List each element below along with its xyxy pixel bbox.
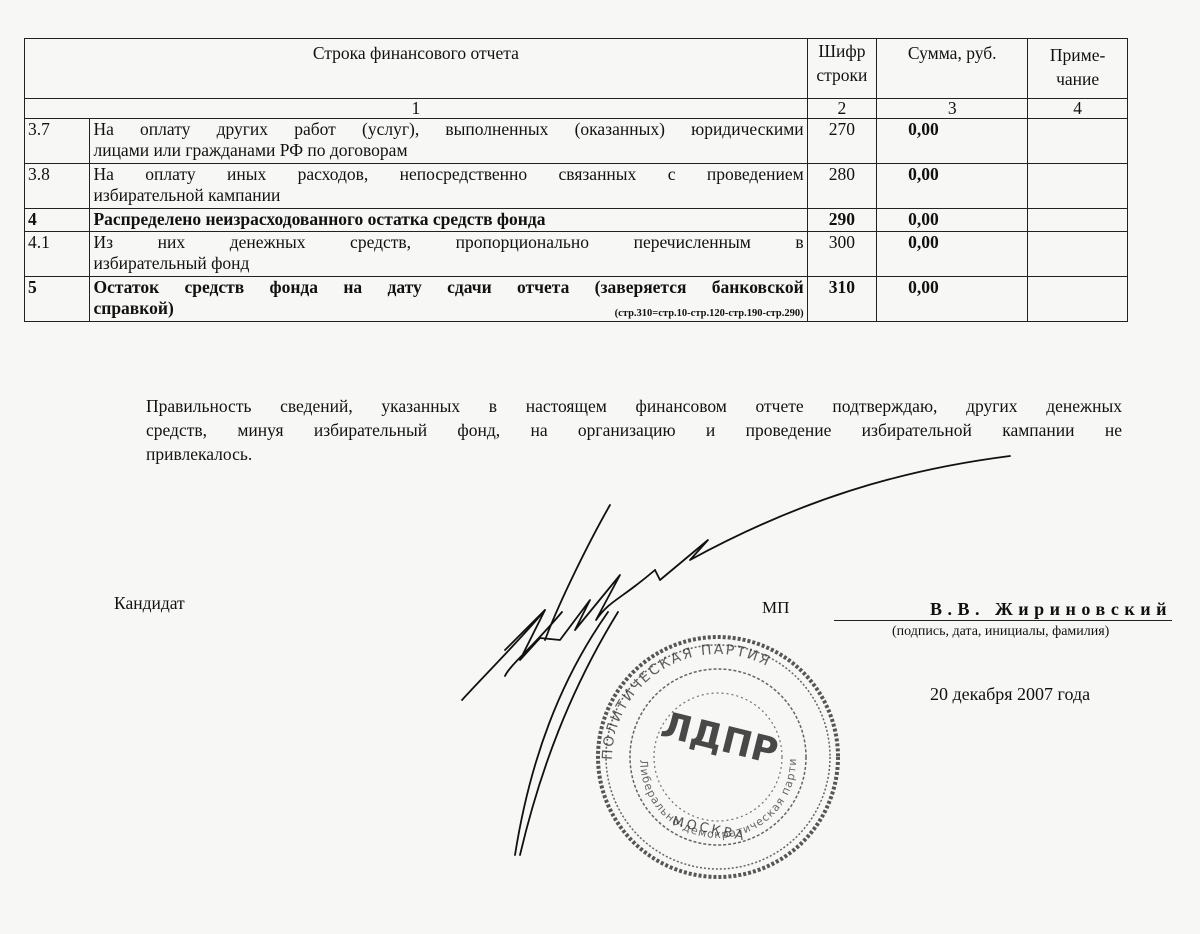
stamp-center-text: ЛДПР	[657, 705, 782, 773]
row-sum: 0,00	[877, 232, 1028, 277]
row-text-line: лицами или гражданами РФ по договорам	[93, 140, 407, 160]
row-text-line: Из них денежных средств, пропорционально…	[93, 232, 803, 253]
row-note	[1028, 119, 1128, 164]
table-row: 4 Распределено неизрасходованного остатк…	[25, 209, 1128, 232]
row-note	[1028, 232, 1128, 277]
row-text: На оплату других работ (услуг), выполнен…	[90, 119, 807, 164]
stamp-outer-text: ПОЛИТИЧЕСКАЯ ПАРТИЯ	[600, 642, 774, 760]
row-text-line: На оплату других работ (услуг), выполнен…	[93, 119, 803, 140]
attestation-paragraph: Правильность сведений, указанных в насто…	[146, 394, 1122, 466]
row-number: 3.8	[25, 164, 90, 209]
attestation-line: Правильность сведений, указанных в насто…	[146, 394, 1122, 418]
row-text-line: избирательный фонд	[93, 253, 249, 273]
row-code: 270	[807, 119, 877, 164]
row-text-line: справкой)	[93, 298, 173, 318]
candidate-name: В.В. Жириновский	[834, 598, 1172, 621]
row-sum: 0,00	[877, 277, 1028, 322]
attestation-line: средств, минуя избирательный фонд, на ор…	[146, 418, 1122, 442]
header-code: Шифр строки	[807, 39, 877, 99]
row-code: 290	[807, 209, 877, 232]
header-note-label: Приме- чание	[1043, 43, 1113, 91]
row-code: 310	[807, 277, 877, 322]
row-text: Из них денежных средств, пропорционально…	[90, 232, 807, 277]
table-row: 3.8 На оплату иных расходов, непосредств…	[25, 164, 1128, 209]
header-note: Приме- чание	[1028, 39, 1128, 99]
row-number: 3.7	[25, 119, 90, 164]
colnum-4: 4	[1028, 99, 1128, 119]
row-sum: 0,00	[877, 164, 1028, 209]
table-row: 5 Остаток средств фонда на дату сдачи от…	[25, 277, 1128, 322]
attestation-line: привлекалось.	[146, 442, 1122, 466]
row-code: 300	[807, 232, 877, 277]
row-formula: (стр.310=стр.10-стр.120-стр.190-стр.290)	[615, 308, 804, 320]
table-row: 4.1 Из них денежных средств, пропорциона…	[25, 232, 1128, 277]
row-number: 4.1	[25, 232, 90, 277]
row-code: 280	[807, 164, 877, 209]
header-line: Строка финансового отчета	[25, 39, 808, 99]
table-header-row: Строка финансового отчета Шифр строки Су…	[25, 39, 1128, 99]
row-text-line: избирательной кампании	[93, 185, 280, 205]
row-note	[1028, 164, 1128, 209]
row-number: 4	[25, 209, 90, 232]
seal-label: МП	[762, 598, 789, 618]
row-text: Распределено неизрасходованного остатка …	[90, 209, 807, 232]
row-note	[1028, 209, 1128, 232]
stamp-bottom-text: МОСКВА	[671, 814, 748, 844]
column-number-row: 1 2 3 4	[25, 99, 1128, 119]
row-note	[1028, 277, 1128, 322]
colnum-1: 1	[25, 99, 808, 119]
colnum-3: 3	[877, 99, 1028, 119]
row-sum: 0,00	[877, 119, 1028, 164]
row-number: 5	[25, 277, 90, 322]
colnum-2: 2	[807, 99, 877, 119]
stamp-rings	[598, 637, 838, 877]
header-code-label: Шифр строки	[812, 39, 872, 87]
financial-report-table: Строка финансового отчета Шифр строки Су…	[24, 38, 1128, 322]
row-text-line: Остаток средств фонда на дату сдачи отче…	[93, 277, 803, 298]
signature-caption: (подпись, дата, инициалы, фамилия)	[892, 624, 1109, 640]
row-text: На оплату иных расходов, непосредственно…	[90, 164, 807, 209]
row-text: Остаток средств фонда на дату сдачи отче…	[90, 277, 807, 322]
header-sum: Сумма, руб.	[877, 39, 1028, 99]
candidate-label: Кандидат	[114, 593, 185, 614]
row-sum: 0,00	[877, 209, 1028, 232]
signature-date: 20 декабря 2007 года	[930, 684, 1090, 705]
row-text-line: На оплату иных расходов, непосредственно…	[93, 164, 803, 185]
table-row: 3.7 На оплату других работ (услуг), выпо…	[25, 119, 1128, 164]
